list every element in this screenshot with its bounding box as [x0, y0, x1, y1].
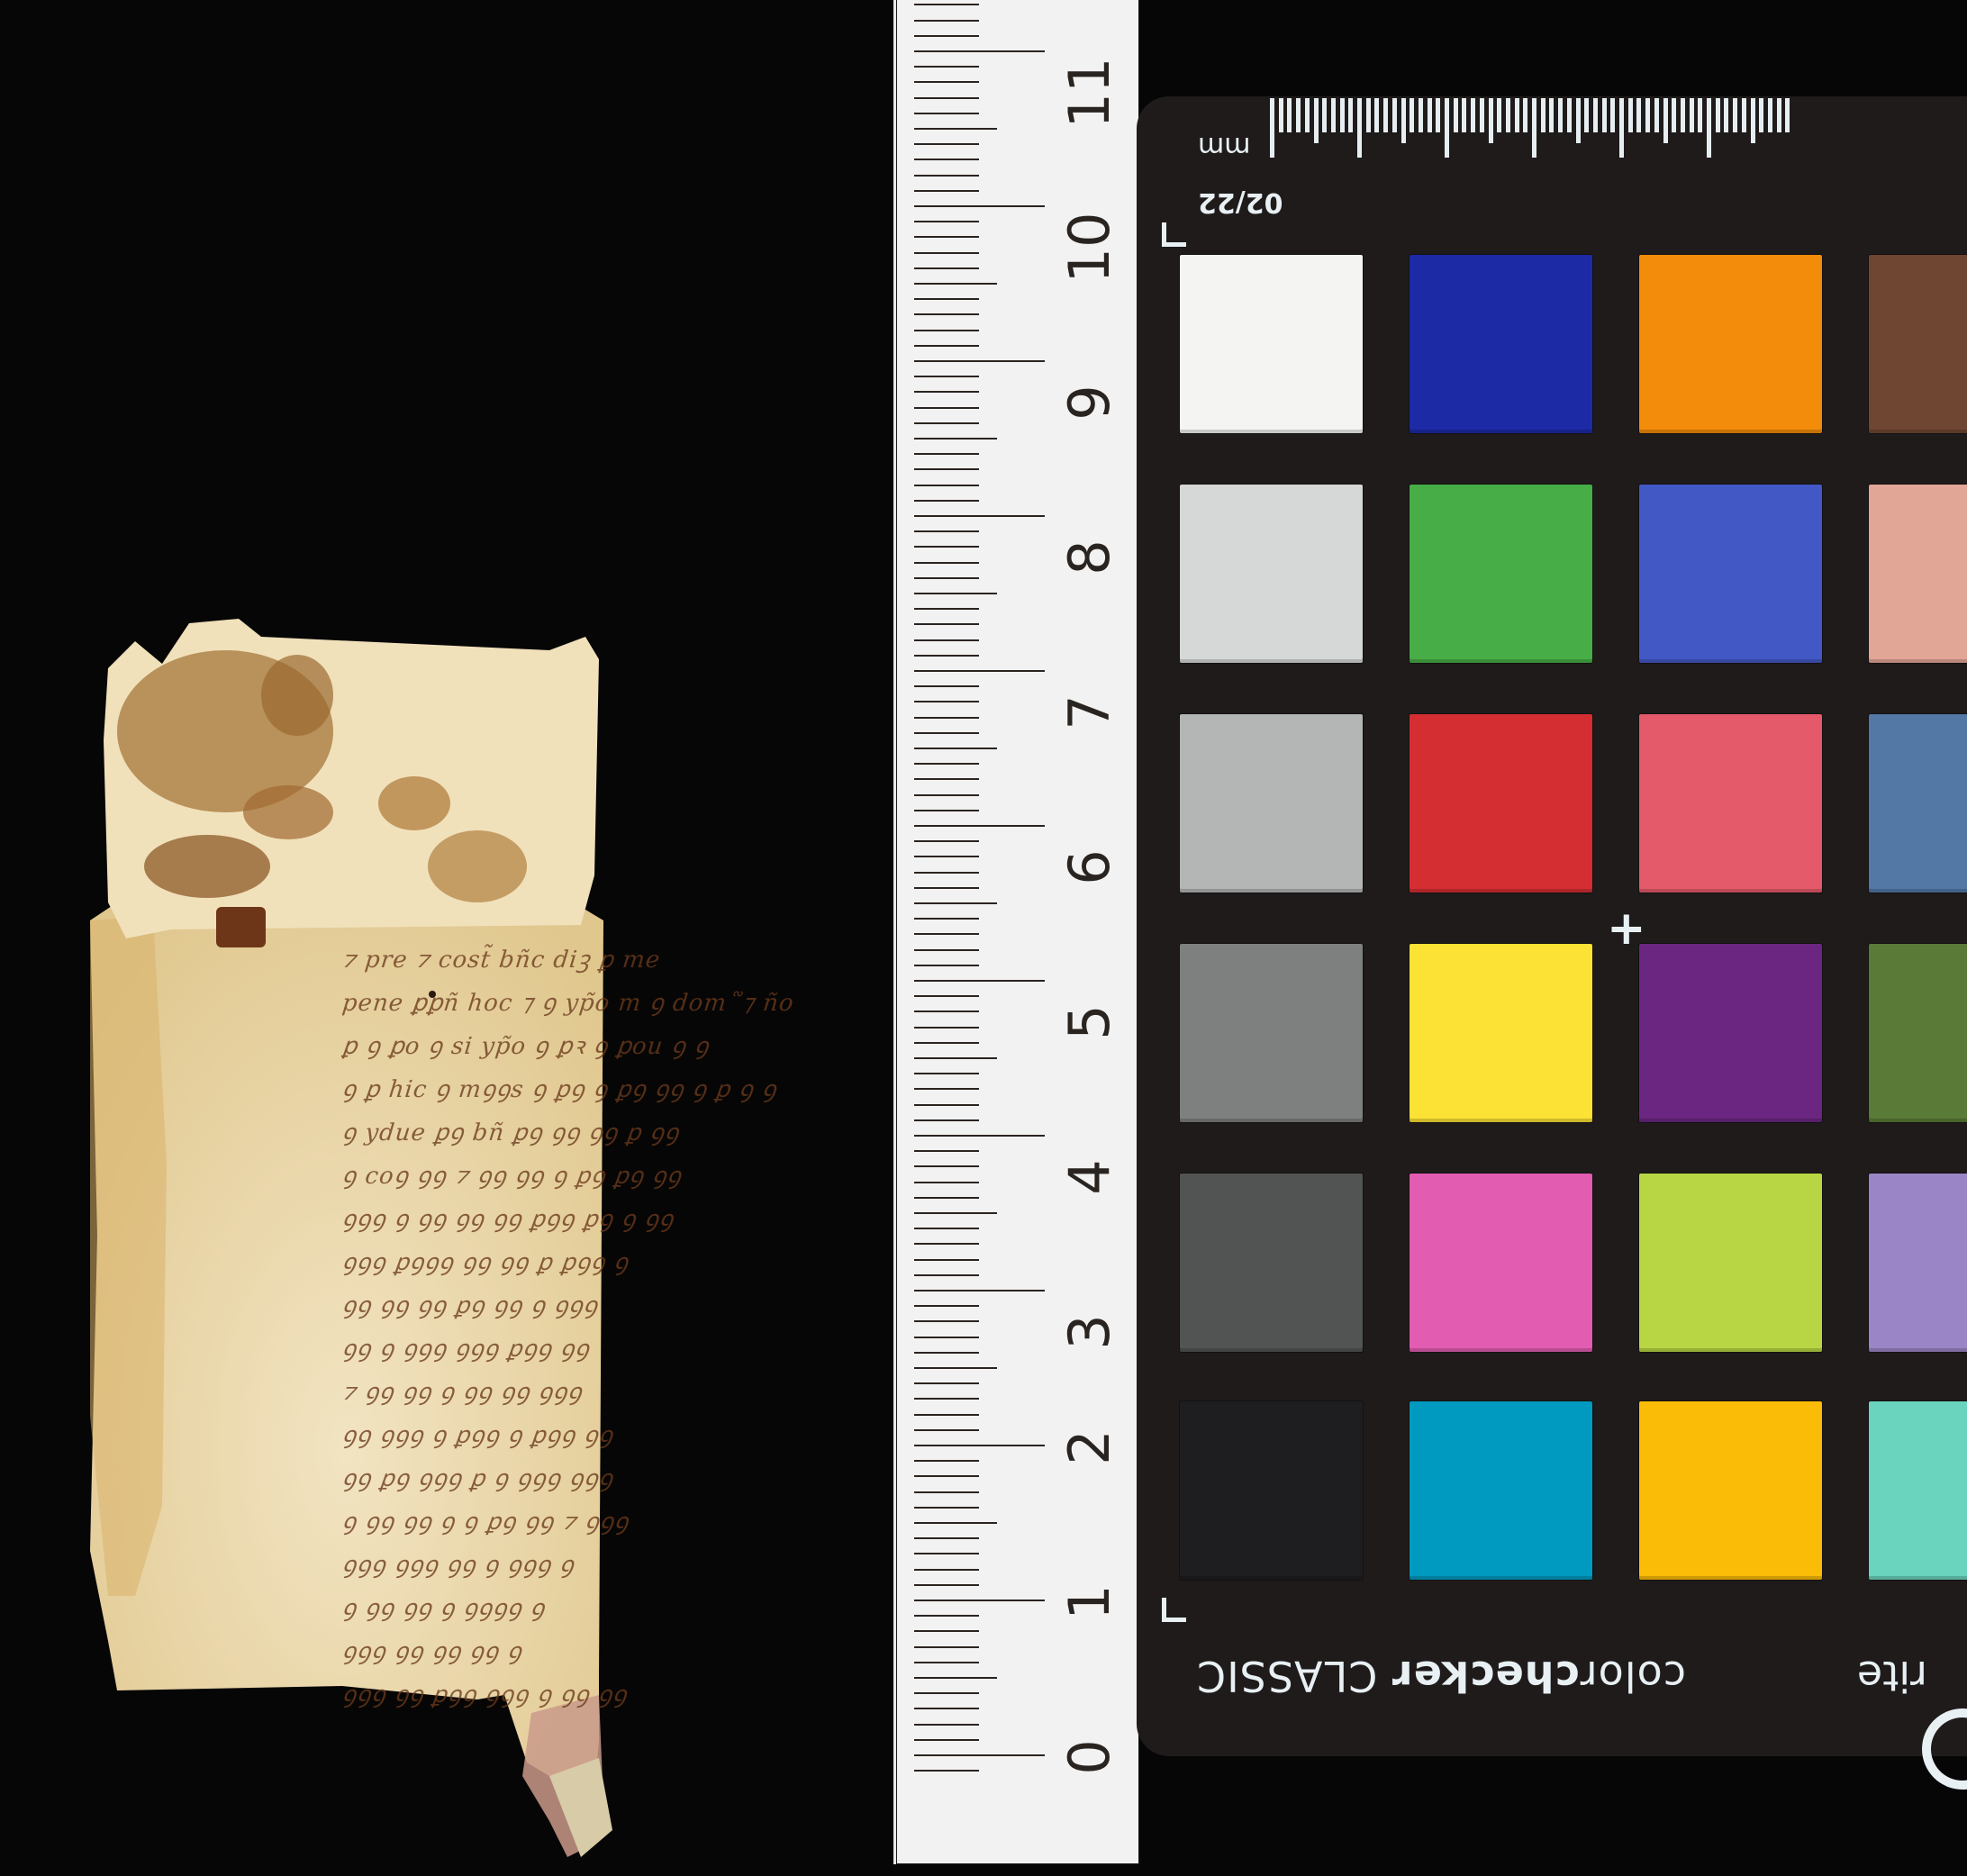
- ruler-tick: [914, 1182, 979, 1183]
- ruler-tick: [914, 1692, 979, 1694]
- xrite-logo-icon: [1922, 1708, 1967, 1790]
- color-patch-r3-c2: [1410, 714, 1592, 893]
- ruler-tick: [914, 840, 979, 842]
- ruler-tick: [914, 1274, 979, 1276]
- mm-tick: [1419, 98, 1423, 132]
- mm-tick: [1567, 98, 1572, 132]
- wax-seal-fragment: [216, 907, 266, 947]
- handwritten-line: ꝯ ydue ꝑꝯ bñ ꝑꝯ ꝯꝯ ꝯꝯ ꝑ ꝯꝯ: [340, 1111, 902, 1155]
- ruler-tick: [914, 376, 979, 377]
- handwritten-line: ꝯꝯ ꝑꝯ ꝯꝯꝯ ꝑ ꝯ ꝯꝯꝯ ꝯꝯꝯ: [340, 1457, 902, 1500]
- ruler-tick: [914, 66, 979, 68]
- photo-scene: ⁊ pre ⁊ cost̃ bñc diꝫ ꝑ me pene ꝑꝑñ hoc …: [0, 0, 1967, 1876]
- ruler-tick: [914, 391, 979, 393]
- ruler-label-10: 10: [1062, 212, 1118, 284]
- ruler-tick: [914, 190, 979, 192]
- ruler-tick: [914, 1367, 997, 1369]
- ruler-tick: [914, 485, 979, 486]
- ruler-tick: [914, 143, 979, 145]
- ruler-tick: [914, 1243, 979, 1245]
- ruler-tick: [914, 422, 979, 424]
- brand-prefix: color: [1580, 1652, 1686, 1700]
- ruler-tick: [914, 902, 997, 904]
- ruler-tick: [914, 1011, 979, 1012]
- ruler-tick: [914, 1165, 979, 1167]
- ruler-tick: [914, 1429, 979, 1431]
- ruler-tick: [914, 1104, 979, 1106]
- mm-tick: [1348, 98, 1353, 132]
- mm-scale: [1270, 96, 1967, 161]
- ruler-tick: [914, 810, 979, 811]
- color-patch-r6-c1: [1180, 1401, 1363, 1580]
- ruler-tick: [914, 1754, 1045, 1756]
- mm-tick: [1768, 98, 1772, 132]
- ruler-tick: [914, 1584, 979, 1586]
- ruler-tick: [914, 1197, 979, 1199]
- ruler-tick: [914, 345, 979, 347]
- ruler-tick: [914, 81, 979, 83]
- brand-suffix: CLASSIC: [1196, 1652, 1391, 1700]
- ruler-tick: [914, 252, 979, 254]
- color-patch-r1-c1: [1180, 255, 1363, 433]
- ruler-tick: [914, 1398, 979, 1400]
- ruler-tick: [914, 732, 979, 734]
- mm-tick: [1576, 98, 1581, 143]
- mm-tick: [1523, 98, 1527, 132]
- ruler-tick: [914, 468, 979, 470]
- ruler-tick: [914, 918, 979, 920]
- handwritten-line: ꝯ ꝑ hic ꝯ mꝯꝯs ꝯ ꝑꝯ ꝯ ꝑꝯ ꝯꝯ ꝯ ꝑ ꝯ ꝯ: [340, 1068, 902, 1111]
- ruler-tick: [914, 608, 979, 610]
- ruler-tick: [914, 205, 1045, 207]
- mm-tick: [1759, 98, 1763, 132]
- ruler-tick: [914, 717, 979, 719]
- ruler-tick: [914, 50, 1045, 52]
- ruler-tick: [914, 1119, 979, 1121]
- color-patch-r4-c4: [1869, 944, 1967, 1122]
- handwritten-line: ꝯꝯ ꝯ ꝯꝯꝯ ꝯꝯꝯ ꝑꝯꝯ ꝯꝯ: [340, 1328, 902, 1371]
- ruler-tick: [914, 298, 979, 300]
- mm-unit-label: mm: [1198, 131, 1250, 162]
- ruler-tick: [914, 530, 979, 532]
- ruler-tick: [914, 500, 979, 502]
- handwritten-line: pene ꝑꝑñ hoc ⁊ ꝯ yp̃o m ꝯ dom ᷑ ⁊ ño: [340, 982, 902, 1025]
- mm-tick: [1645, 98, 1650, 132]
- mm-tick: [1751, 98, 1755, 143]
- ruler-tick: [914, 1414, 979, 1416]
- mm-tick: [1340, 98, 1345, 132]
- handwritten-line: ⁊ pre ⁊ cost̃ bñc diꝫ ꝑ me: [340, 938, 902, 982]
- color-patch-r5-c4: [1869, 1174, 1967, 1352]
- brand-label: colorchecker CLASSIC: [1196, 1652, 1686, 1700]
- mm-tick: [1742, 98, 1746, 132]
- ruler-tick: [914, 763, 979, 765]
- mm-tick: [1593, 98, 1598, 132]
- handwritten-line: ꝯꝯꝯ ꝑꝯꝯꝯ ꝯꝯ ꝯꝯ ꝑ ꝑꝯꝯ ꝯ: [340, 1241, 902, 1284]
- ruler-tick: [914, 1507, 979, 1509]
- ruler-tick: [914, 965, 979, 966]
- color-patch-r1-c2: [1410, 255, 1592, 433]
- ruler-label-11: 11: [1062, 57, 1118, 129]
- mm-tick: [1541, 98, 1545, 132]
- ruler-tick: [914, 1042, 979, 1044]
- ruler-label-7: 7: [1062, 676, 1118, 748]
- ruler-tick: [914, 639, 979, 641]
- handwritten-line: ꝯ ꝯꝯ ꝯꝯ ꝯ ꝯꝯꝯꝯ ꝯ: [340, 1587, 902, 1630]
- ruler-tick: [914, 453, 979, 455]
- ruler-tick: [914, 1600, 1045, 1601]
- mm-tick: [1374, 98, 1379, 132]
- ruler-tick: [914, 515, 1045, 517]
- mm-tick: [1454, 98, 1458, 132]
- mm-tick: [1428, 98, 1432, 132]
- ruler-tick: [914, 330, 979, 331]
- mm-tick: [1777, 98, 1781, 132]
- mm-tick: [1331, 98, 1336, 132]
- ruler-tick: [914, 438, 997, 440]
- ruler-tick: [914, 933, 979, 935]
- ruler-tick: [914, 593, 997, 594]
- mm-tick: [1305, 98, 1310, 132]
- mm-tick: [1663, 98, 1668, 143]
- mm-tick: [1296, 98, 1301, 132]
- ruler-tick: [914, 701, 979, 702]
- mm-tick: [1619, 98, 1624, 158]
- handwritten-line: ꝯ coꝯ ꝯꝯ ⁊ ꝯꝯ ꝯꝯ ꝯ ꝑꝯ ꝑꝯ ꝯꝯ: [340, 1155, 902, 1198]
- ruler-tick: [914, 623, 979, 625]
- mm-tick: [1366, 98, 1371, 132]
- mm-tick: [1716, 98, 1720, 132]
- mm-tick: [1314, 98, 1319, 143]
- ruler-tick: [914, 1677, 997, 1679]
- ruler-tick: [914, 1320, 979, 1322]
- ruler-tick: [914, 1708, 979, 1709]
- ruler-label-4: 4: [1062, 1141, 1118, 1213]
- mm-tick: [1681, 98, 1685, 132]
- ruler-tick: [914, 778, 979, 780]
- mm-tick: [1515, 98, 1519, 132]
- handwritten-line: ⁊ ꝯꝯ ꝯꝯ ꝯ ꝯꝯ ꝯꝯ ꝯꝯꝯ: [340, 1371, 902, 1414]
- color-patch-r5-c1: [1180, 1174, 1363, 1352]
- ruler-tick: [914, 35, 979, 37]
- mm-tick: [1270, 98, 1274, 158]
- ruler-tick: [914, 1088, 979, 1090]
- ruler-tick: [914, 1057, 997, 1059]
- ruler-tick: [914, 97, 979, 99]
- mm-tick: [1506, 98, 1510, 132]
- corner-mark-icon: [1162, 1598, 1186, 1622]
- mm-tick: [1462, 98, 1466, 132]
- ruler-tick: [914, 1305, 979, 1307]
- ruler-tick: [914, 20, 979, 22]
- mm-tick: [1436, 98, 1440, 132]
- mm-tick: [1401, 98, 1406, 143]
- color-patch-r5-c2: [1410, 1174, 1592, 1352]
- ruler-tick: [914, 113, 979, 114]
- ruler-tick: [914, 1630, 979, 1632]
- ruler-tick: [914, 159, 979, 160]
- ruler-label-1: 1: [1062, 1566, 1118, 1638]
- color-patch-r4-c1: [1180, 944, 1363, 1122]
- ruler-tick: [914, 1770, 979, 1772]
- color-patch-r2-c1: [1180, 485, 1363, 663]
- color-patch-r1-c3: [1639, 255, 1822, 433]
- ruler-tick: [914, 1150, 979, 1152]
- ruler-tick: [914, 1646, 979, 1648]
- mm-tick: [1410, 98, 1414, 132]
- ruler-tick: [914, 577, 979, 579]
- mm-tick: [1532, 98, 1536, 158]
- ruler-tick: [914, 1475, 979, 1477]
- mm-tick: [1733, 98, 1737, 132]
- ruler-tick: [914, 655, 979, 657]
- ruler-tick: [914, 872, 979, 874]
- ruler-tick: [914, 1352, 979, 1354]
- mm-tick: [1584, 98, 1589, 132]
- ruler-tick: [914, 1522, 997, 1524]
- ruler-tick: [914, 1662, 979, 1663]
- ruler-tick: [914, 562, 979, 564]
- ruler-tick: [914, 1537, 979, 1539]
- color-patch-r4-c2: [1410, 944, 1592, 1122]
- handwritten-line: ꝯꝯ ꝯꝯ ꝯꝯ ꝑꝯ ꝯꝯ ꝯ ꝯꝯꝯ: [340, 1284, 902, 1328]
- ruler-tick: [914, 748, 997, 749]
- mm-tick: [1636, 98, 1641, 132]
- ruler-tick: [914, 1259, 979, 1261]
- mm-tick: [1654, 98, 1659, 132]
- ruler-label-5: 5: [1062, 986, 1118, 1058]
- mm-tick: [1549, 98, 1554, 132]
- mm-tick: [1707, 98, 1711, 158]
- handwritten-line: ꝯꝯꝯ ꝯꝯꝯ ꝯꝯ ꝯ ꝯꝯꝯ ꝯ: [340, 1544, 902, 1587]
- ruler-tick: [914, 360, 1045, 362]
- mm-tick: [1785, 98, 1790, 132]
- color-patch-r6-c3: [1639, 1401, 1822, 1580]
- mm-tick: [1489, 98, 1493, 143]
- ruler-tick: [914, 825, 1045, 827]
- mm-tick: [1383, 98, 1388, 132]
- handwritten-text-block: ⁊ pre ⁊ cost̃ bñc diꝫ ꝑ me pene ꝑꝑñ hoc …: [342, 938, 901, 1717]
- mm-tick: [1698, 98, 1702, 132]
- color-patch-r3-c1: [1180, 714, 1363, 893]
- handwritten-line: ꝑ ꝯ ꝑo ꝯ si yp̃o ꝯ ꝑꝛ ꝯ ꝑou ꝯ ꝯ: [340, 1025, 902, 1068]
- ruler-tick: [914, 1073, 979, 1074]
- ruler-tick: [914, 221, 979, 222]
- handwritten-line: ꝯ ꝯꝯ ꝯꝯ ꝯ ꝯ ꝑꝯ ꝯꝯ ⁊ ꝯꝯꝯ: [340, 1500, 902, 1544]
- ruler-tick: [914, 1212, 997, 1214]
- ruler-tick: [914, 1553, 979, 1554]
- ruler-tick: [914, 949, 979, 951]
- mm-tick: [1445, 98, 1449, 158]
- ruler-tick: [914, 980, 1045, 982]
- ruler-label-9: 9: [1062, 367, 1118, 439]
- maker-label: rite: [1857, 1652, 1927, 1700]
- ruler-tick: [914, 1491, 979, 1493]
- mm-tick: [1287, 98, 1292, 132]
- date-code-label: 02/22: [1198, 186, 1283, 218]
- ruler-label-3: 3: [1062, 1296, 1118, 1368]
- ruler-tick: [914, 1382, 979, 1384]
- mm-tick: [1357, 98, 1362, 158]
- color-patch-r3-c4: [1869, 714, 1967, 893]
- mm-tick: [1480, 98, 1484, 132]
- ruler-tick: [914, 313, 979, 315]
- centimeter-ruler: 0 1 2 3 4 5 6 7 8 9 10 11: [893, 0, 1139, 1864]
- ruler-tick: [914, 1135, 1045, 1137]
- ruler-tick: [914, 1027, 979, 1029]
- ruler-tick: [914, 407, 979, 409]
- mm-tick: [1497, 98, 1501, 132]
- ruler-tick: [914, 1460, 979, 1462]
- ruler-tick: [914, 670, 1045, 672]
- ruler-tick: [914, 1615, 979, 1617]
- manuscript-fragment: ⁊ pre ⁊ cost̃ bñc diꝫ ꝑ me pene ꝑꝑñ hoc …: [81, 605, 847, 1857]
- color-patch-r3-c3: [1639, 714, 1822, 893]
- ruler-tick: [914, 4, 979, 5]
- mm-tick: [1672, 98, 1676, 132]
- ruler-tick: [914, 685, 979, 687]
- handwritten-line: ꝯꝯꝯ ꝯꝯ ꝑꝯꝯ ꝯꝯꝯ ꝯ ꝯꝯ ꝯꝯ: [340, 1673, 902, 1717]
- ruler-tick: [914, 1290, 1045, 1291]
- mm-tick: [1558, 98, 1563, 132]
- mm-tick: [1279, 98, 1283, 132]
- handwritten-line: ꝯꝯ ꝯꝯꝯ ꝯ ꝑꝯꝯ ꝯ ꝑꝯꝯ ꝯꝯ: [340, 1414, 902, 1457]
- handwritten-line: ꝯꝯꝯ ꝯꝯ ꝯꝯ ꝯꝯ ꝯ: [340, 1630, 902, 1673]
- color-patch-r2-c3: [1639, 485, 1822, 663]
- mm-tick: [1322, 98, 1327, 132]
- ruler-tick: [914, 1445, 1045, 1446]
- mm-tick: [1602, 98, 1607, 132]
- mm-tick: [1392, 98, 1397, 132]
- ruler-label-0: 0: [1062, 1721, 1118, 1793]
- ruler-tick: [914, 546, 979, 548]
- ruler-tick: [914, 267, 979, 269]
- ruler-tick: [914, 1337, 979, 1338]
- ruler-tick: [914, 794, 979, 796]
- colorchecker-card: mm 02/22 + colorchecker CLASSIC rite: [1137, 96, 1967, 1756]
- mm-tick: [1610, 98, 1615, 132]
- ruler-label-8: 8: [1062, 521, 1118, 594]
- mm-tick: [1628, 98, 1633, 132]
- color-patch-r4-c3: [1639, 944, 1822, 1122]
- ruler-tick: [914, 283, 997, 285]
- mm-tick: [1690, 98, 1694, 132]
- color-patch-r2-c4: [1869, 485, 1967, 663]
- brand-bold: checker: [1391, 1652, 1580, 1700]
- ruler-tick: [914, 1569, 979, 1571]
- ruler-tick: [914, 236, 979, 238]
- color-patch-r2-c2: [1410, 485, 1592, 663]
- color-patch-r6-c2: [1410, 1401, 1592, 1580]
- mm-tick: [1724, 98, 1728, 132]
- ruler-tick: [914, 175, 979, 177]
- ruler-label-6: 6: [1062, 831, 1118, 903]
- ruler-label-2: 2: [1062, 1411, 1118, 1483]
- color-patch-r1-c4: [1869, 255, 1967, 433]
- color-patch-r6-c4: [1869, 1401, 1967, 1580]
- ruler-tick: [914, 856, 979, 857]
- mm-tick: [1471, 98, 1475, 132]
- corner-mark-icon: [1162, 222, 1186, 247]
- ruler-tick: [914, 995, 979, 997]
- ruler-tick: [914, 887, 979, 889]
- ruler-tick: [914, 1228, 979, 1229]
- ruler-tick: [914, 128, 997, 130]
- ruler-tick: [914, 1739, 979, 1741]
- ruler-tick: [914, 1724, 979, 1726]
- handwritten-line: ꝯꝯꝯ ꝯ ꝯꝯ ꝯꝯ ꝯꝯ ꝑꝯꝯ ꝑꝯ ꝯ ꝯꝯ: [340, 1198, 902, 1241]
- color-patch-r5-c3: [1639, 1174, 1822, 1352]
